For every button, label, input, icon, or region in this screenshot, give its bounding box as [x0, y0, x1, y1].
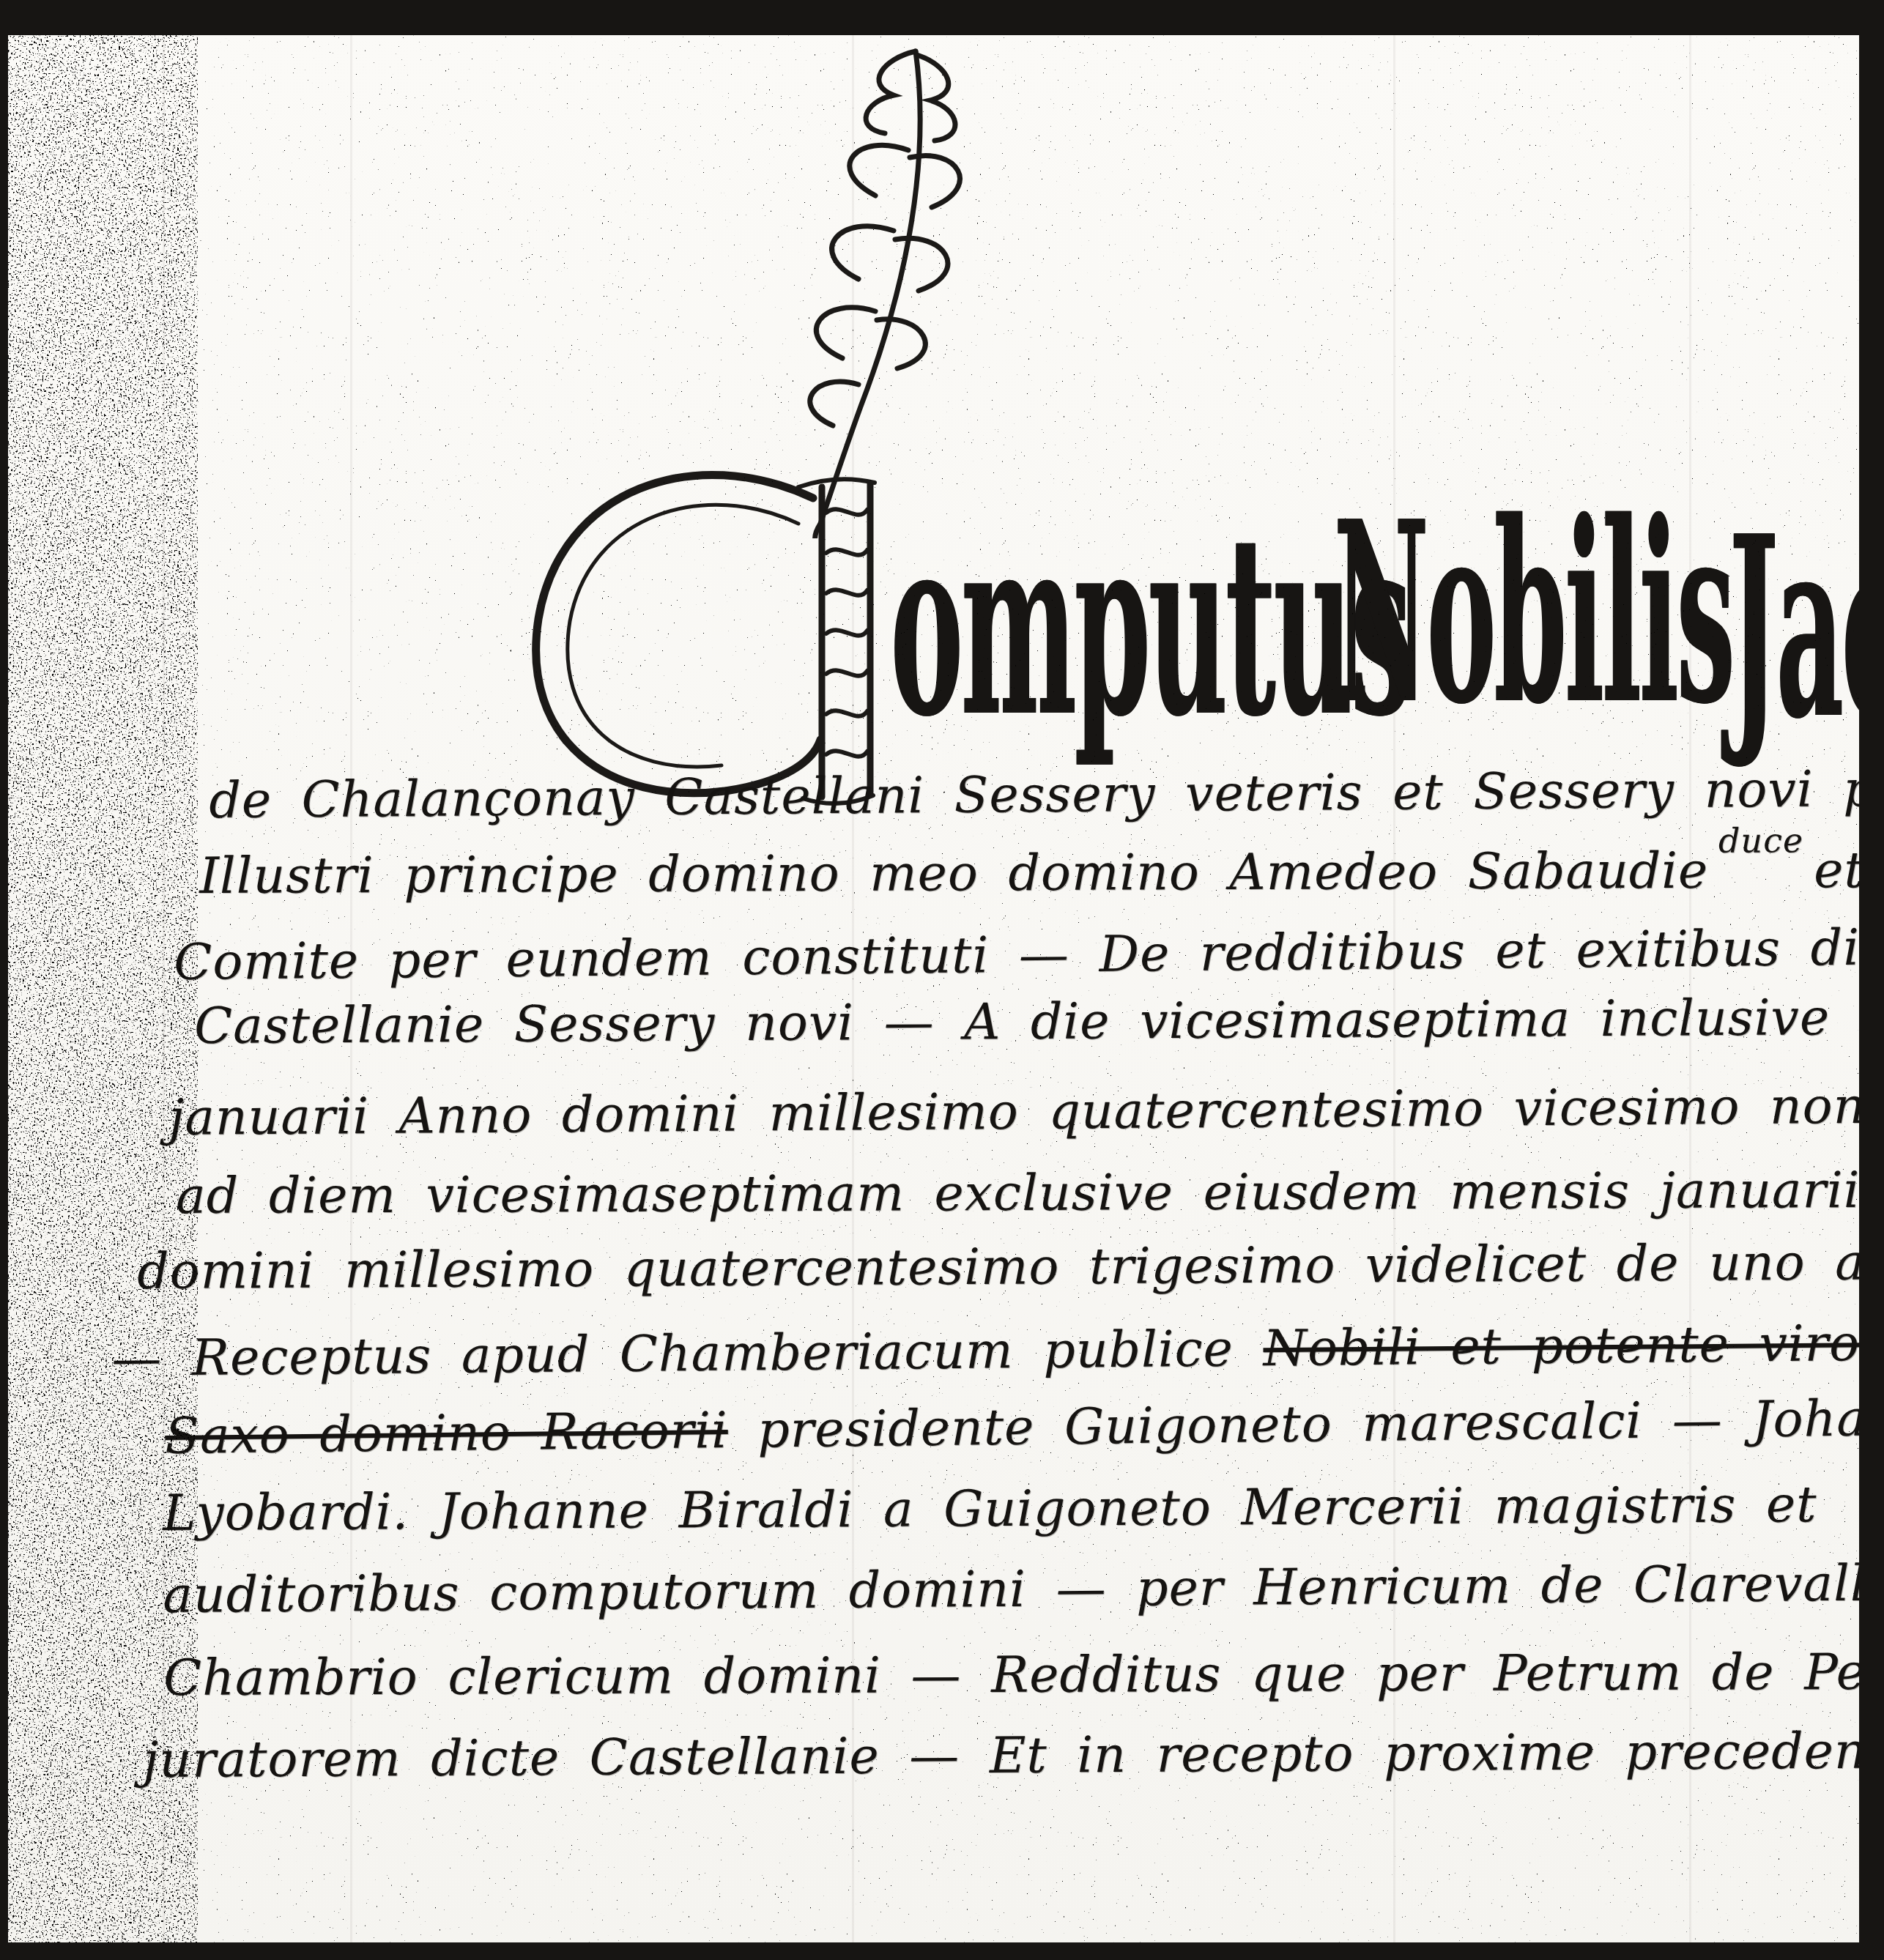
- struck-text: Saxo domino Racorii: [165, 1402, 728, 1466]
- scan-border-right: [1859, 0, 1884, 1960]
- line-text: — Receptus apud Chamberiacum publice: [111, 1321, 1234, 1388]
- manuscript-line: Saxo domino Racorii presidente Guigoneto…: [165, 1393, 1884, 1462]
- decorated-initial-letter: C: [538, 417, 865, 828]
- scan-border-left: [0, 0, 8, 1960]
- manuscript-line: auditoribus computorum domini — per Henr…: [163, 1558, 1884, 1621]
- line-text: presidente Guigoneto marescalci — Johann…: [757, 1389, 1884, 1459]
- manuscript-line: juratorem dicte Castellanie — Et in rece…: [143, 1726, 1884, 1786]
- struck-text: Nobili et potente viro: [1263, 1315, 1860, 1378]
- manuscript-line: januarii Anno domini millesimo quatercen…: [168, 1080, 1884, 1143]
- manuscript-line: ad diem vicesimaseptimam exclusive eiusd…: [176, 1165, 1884, 1222]
- scan-border-bottom: [0, 1942, 1884, 1960]
- manuscript-line: domini millesimo quatercentesimo trigesi…: [137, 1236, 1884, 1297]
- manuscript-line: Comite per eundem constituti — De reddit…: [174, 923, 1884, 988]
- title-word: omputus: [890, 502, 1409, 751]
- line-text: Illustri principe domino meo domino Amed…: [199, 842, 1708, 905]
- title-word: Nobilis: [1333, 489, 1732, 738]
- manuscript-line: Castellanie Sessery novi — A die vicesim…: [194, 992, 1884, 1052]
- scan-border-top: [0, 0, 1884, 35]
- scanned-document-page: C omputus Nobilis Jacobi de Chalançonay …: [0, 0, 1884, 1960]
- manuscript-line: Chambrio clericum domini — Redditus que …: [163, 1647, 1884, 1704]
- manuscript-line: — Receptus apud Chamberiacum publice Nob…: [111, 1315, 1884, 1384]
- interlinear-insertion: duce: [1718, 823, 1803, 857]
- manuscript-line: Lyobardi. Johanne Biraldi a Guigoneto Me…: [163, 1480, 1817, 1539]
- manuscript-line: de Chalançonay Castellani Sessery veteri…: [209, 765, 1884, 826]
- manuscript-line: Illustri principe domino meo domino Amed…: [199, 845, 1884, 902]
